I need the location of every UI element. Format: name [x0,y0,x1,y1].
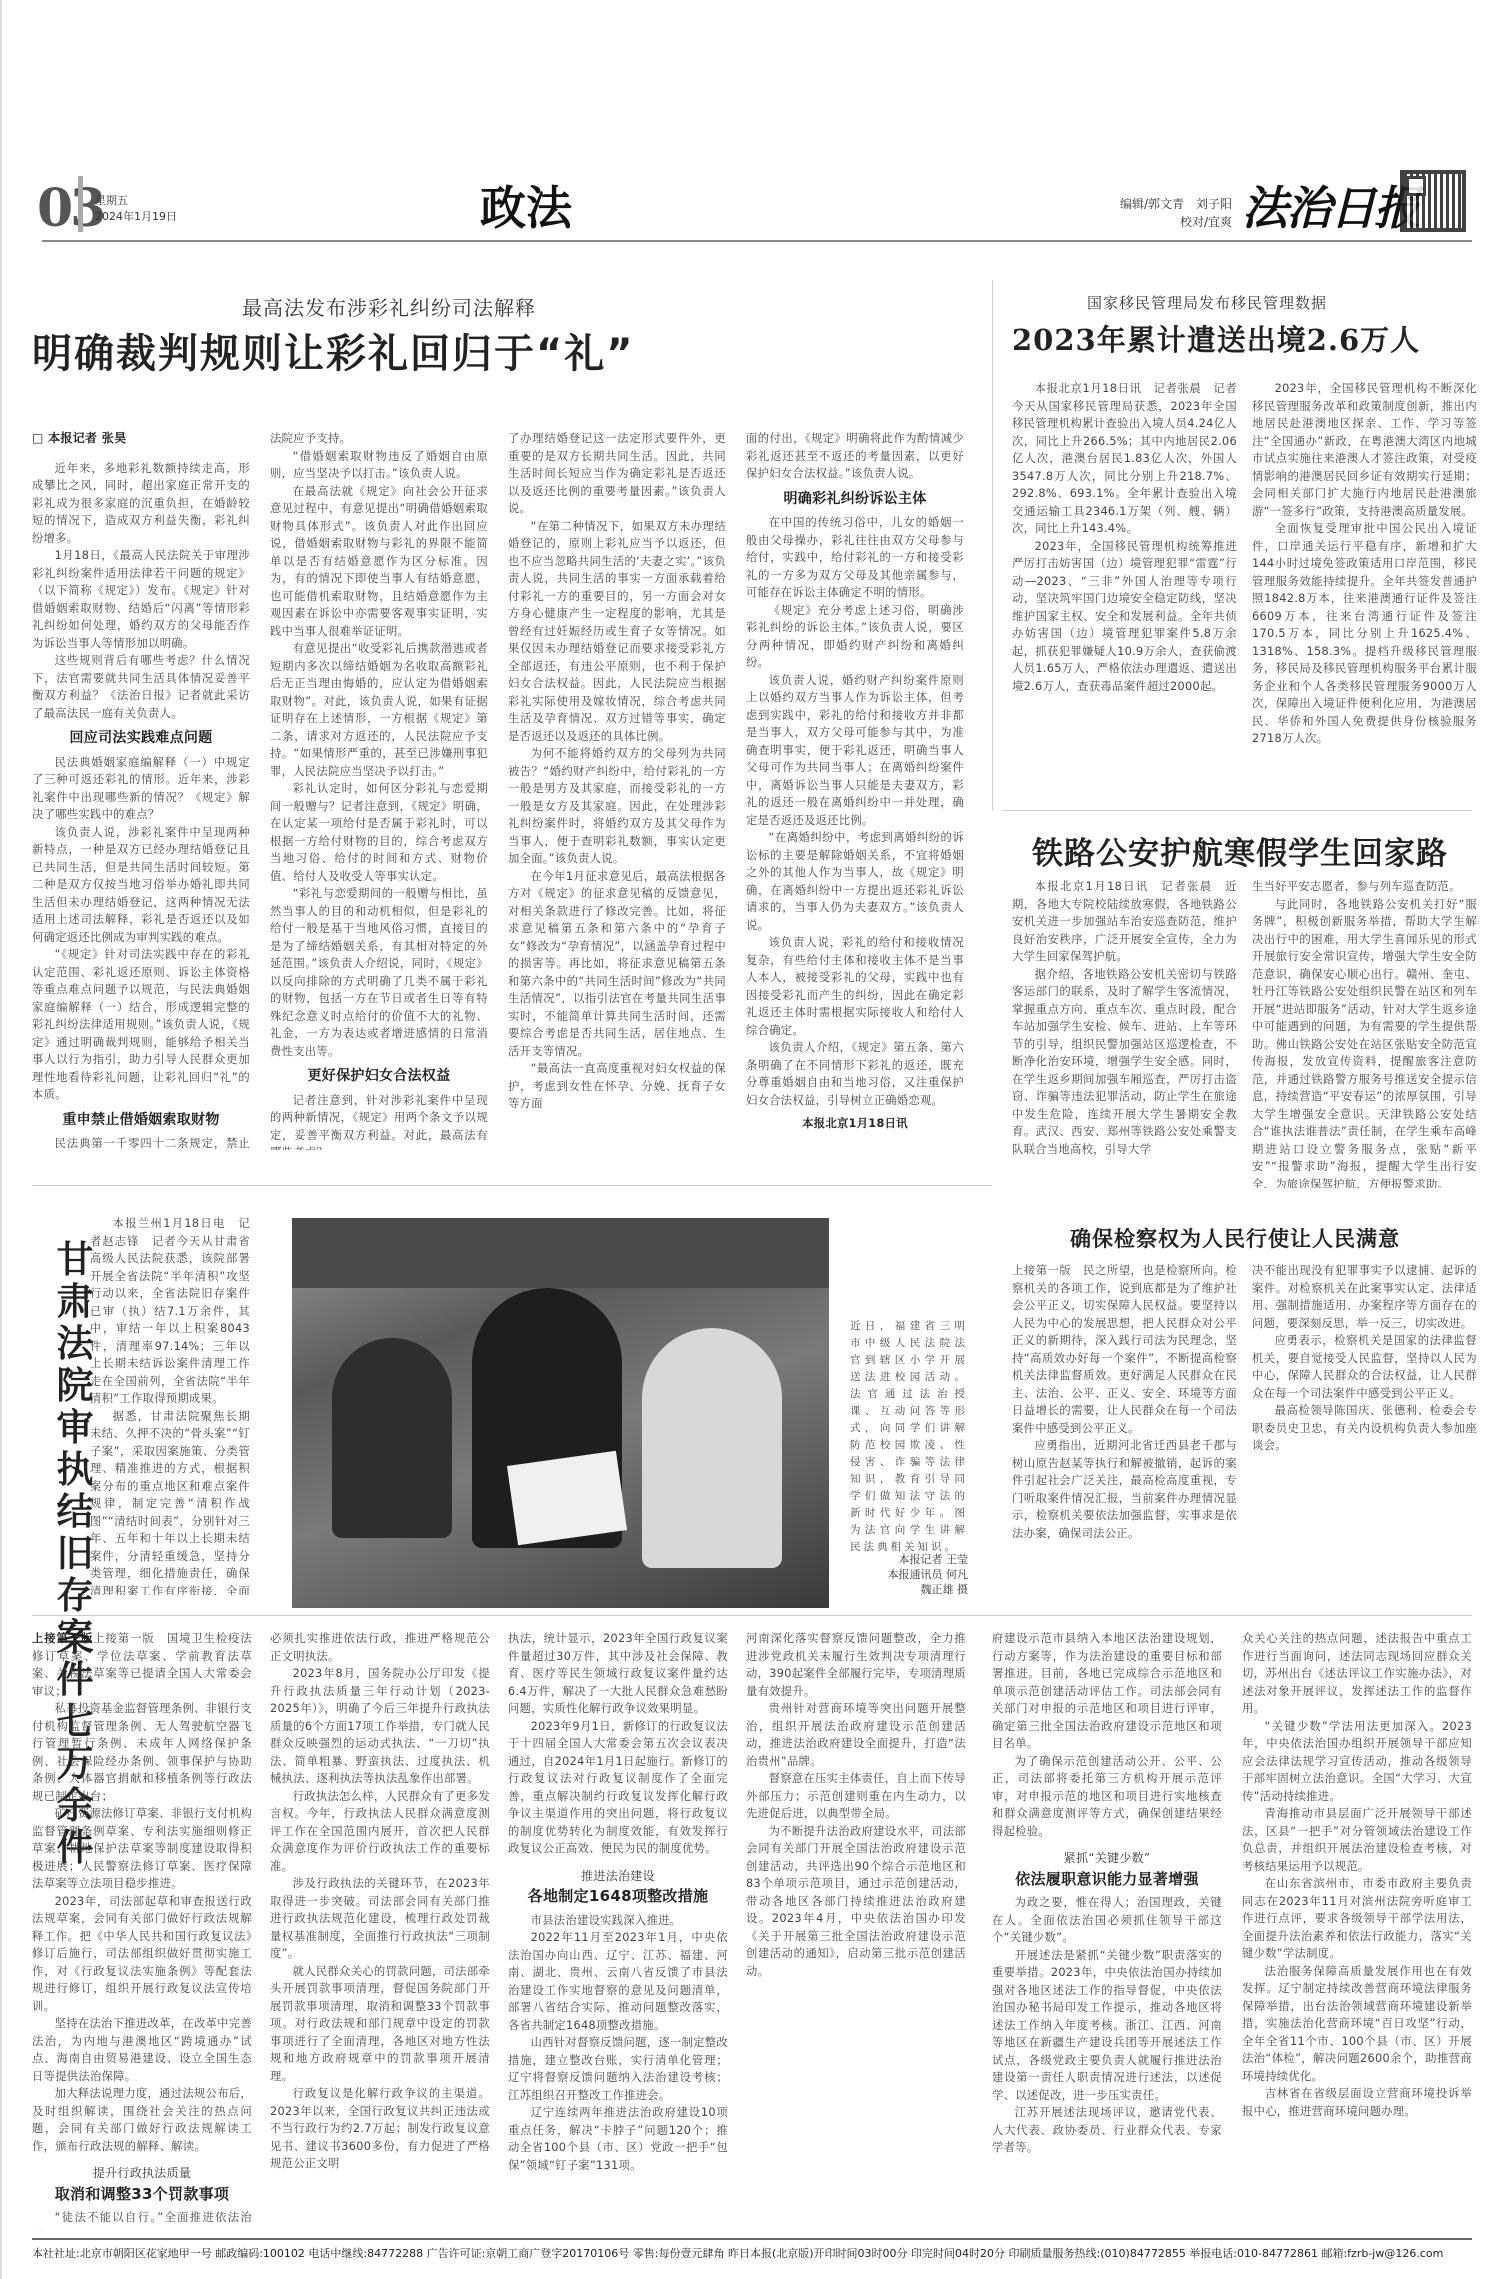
paragraph: 督察意在压实主体责任，自上而下传导外部压力；示范创建则重在内生动力，以先进促后进… [746,1770,966,1823]
paragraph: 市县法治建设实践深入推进。 [508,1912,728,1930]
paragraph: 河南深化落实督察反馈问题整改，全力推进涉党政机关未履行生效判决专项清理行动，39… [746,1630,966,1700]
article2-column-1: 本报北京1月18日讯 记者张晨 记者今天从国家移民管理局获悉，2023年全国移民… [1012,380,1237,800]
paragraph: 生当好平安志愿者，参与列车巡查防范。 [1252,878,1477,896]
paragraph: 上接第一版上接第一版 国境卫生检疫法修订草案、学位法草案、学前教育法草案、关税法… [32,1630,252,1700]
article6-column-4: 河南深化落实督察反馈问题整改，全力推进涉党政机关未履行生效判决专项清理行动，39… [746,1630,966,2230]
article6-column-1: 上接第一版上接第一版 国境卫生检疫法修订草案、学位法草案、学前教育法草案、关税法… [32,1630,252,2230]
paragraph: 山西针对督察反馈问题，逐一制定整改措施，建立整改台账，实行清单化管理；辽宁将督察… [508,2034,728,2104]
article6-mini2-headline: 各地制定1648项整改措施 [508,1888,728,1906]
paragraph: 该负责人说，彩礼的给付和接收情况复杂，有些给付主体和接收主体不是当事人本人，被接… [746,934,964,1039]
paragraph: 2023年，司法部起草和审查报送行政法规草案，会同有关部门做好行政法规解释工作。… [32,1893,252,2016]
article7-mini-headline: 依法履职意识能力显著增强 [992,1871,1222,1889]
paragraph: 必须扎实推进依法行政，推进严格规范公正文明执法。 [270,1630,490,1665]
paragraph: 该负责人说，婚约财产纠纷案件原则上以婚约双方当事人作为诉讼主体，但考虑到实践中，… [746,672,964,830]
article7-mini-kicker: 紧抓“关键少数” [992,1850,1222,1868]
paragraph: “在第二种情况下，如果双方未办理结婚登记的，原则上彩礼应当予以返还，但也不应当忽… [508,518,726,746]
section-rule [1002,810,1472,811]
paragraph: 江苏开展述法现场评议，邀请党代表、人大代表、政协委员、行业群众代表、专家学者等。 [992,2104,1222,2157]
article1-dateline: 本报北京1月18日讯 [746,1115,964,1133]
editor-line: 编辑/郭文青 刘子阳 [1102,195,1232,213]
paragraph: 该负责人介绍，《规定》第五条、第六条明确了在不同情形下彩礼的返还，既充分尊重婚姻… [746,1039,964,1109]
article6-column-2: 必须扎实推进依法行政，推进严格规范公正文明执法。 2023年8月，国务院办公厅印… [270,1630,490,2230]
paragraph: “在离婚纠纷中，考虑到离婚纠纷的诉讼标的主要是解除婚姻关系，不宜将婚姻之外的其他… [746,829,964,934]
paragraph: 民法典第一千零四十二条规定，禁止借婚姻索取财物。《规定》重申禁止借婚姻索取财物。… [32,1135,250,1150]
section-rule [32,1185,992,1186]
column-rule [992,280,993,810]
paragraph: “徒法不能以自行。”全面推进依法治国， [32,2209,252,2230]
article1-subhead-1: 回应司法实践难点问题 [32,730,250,748]
paragraph: 本报北京1月18日讯 记者张晨 记者今天从国家移民管理局获悉，2023年全国移民… [1012,380,1237,538]
article2-headline: 2023年累计遣送出境2.6万人 [1012,318,1420,359]
news-photo [292,1218,829,1608]
photo-figure [642,1328,782,1568]
paragraph: 有意见提出“收受彩礼后携款潜逃或者短期内多次以缔结婚姻为名收取高额彩礼后无正当理… [270,640,488,780]
article2-column-2: 2023年，全国移民管理机构不断深化移民管理服务改革和政策制度创新，推出内地居民… [1252,380,1477,800]
paragraph: 在山东省滨州市，市委市政府主要负责同志在2023年11月对滨州法院旁听庭审工作进… [1242,1875,1472,1963]
article5-column-1: 上接第一版 民之所望，也是检察所向。检察机关的各项工作，说到底都是为了维护社会公… [1012,1262,1237,1602]
paragraph: 2022年11月至2023年1月，中央依法治国办向山西、辽宁、江苏、福建、河南、… [508,1929,728,2034]
photo-backdrop [292,1218,829,1288]
paragraph: 应勇表示，检察机关是国家的法律监督机关，要自觉接受人民监督，坚持以人民为中心，保… [1252,1332,1477,1402]
paragraph: 据介绍，各地铁路公安机关密切与铁路客运部门的联系，及时了解学生客流情况，掌握重点… [1012,966,1237,1159]
paragraph: 本报兰州1月18日电 记者赵志锋 记者今天从甘肃省高级人民法院获悉，该院部署开展… [90,1215,250,1408]
paragraph: 2023年8月，国务院办公厅印发《提升行政执法质量三年行动计划（2023-202… [270,1665,490,1788]
article3-headline: 铁路公安护航寒假学生回家路 [1032,828,1448,873]
paragraph: 全面恢复受理审批中国公民出入境证件，口岸通关运行平稳有序，新增和扩大144小时过… [1252,520,1477,748]
continued-label: 上接第一版 [32,1632,93,1645]
article1-column-4: 面的付出，《规定》明确将此作为酌情减少彩礼返还甚至不返还的考量因素，以更好保护妇… [746,430,964,1150]
footer-rule [32,2238,1472,2240]
article3-column-1: 本报北京1月18日讯 记者张晨 近期，各地大专院校陆续放寒假，各地铁路公安机关进… [1012,878,1237,1188]
paragraph: 2023年9月1日，新修订的行政复议法于十四届全国人大常委会第五次会议表决通过，… [508,1718,728,1858]
paragraph: “关键少数”学法用法更加深入。2023年，中央依法治国办组织开展领导干部应知应会… [1242,1718,1472,1806]
header-rule [42,240,1472,242]
paragraph: 在今年1月征求意见后，最高法根据各方对《规定》的征求意见稿的反馈意见，对相关条款… [508,868,726,1061]
paragraph: 府建设示范市县纳入本地区法治建设规划，行动方案等，作为法治建设的重要目标和部署推… [992,1630,1222,1753]
header-date: 2024年1月19日 [95,208,177,224]
paragraph: 青海推动市县层面广泛开展领导干部述法，区县“一把手”对分管领域法治建设工作负总责… [1242,1805,1472,1875]
paragraph: 行政执法怎么样，人民群众有了更多发言权。今年，行政执法人民群众满意度测评工作在全… [270,1788,490,1876]
paragraph: “最高法一直高度重视对妇女权益的保护，考虑到女性在怀孕、分娩、抚育子女等方面 [508,1060,726,1113]
header-divider [78,176,83,232]
article1-column-2: 法院应予支持。 “借婚姻索取财物违反了婚姻自由原则，应当坚决予以打击。”该负责人… [270,430,488,1150]
paragraph: 辽宁连续两年推进法治政府建设10项重点任务，解决“卡脖子”问题120个；推动全省… [508,2104,728,2174]
paragraph: 了办理结婚登记这一法定形式要件外，更重要的是双方长期共同生活。因此，共同生活时间… [508,430,726,518]
paragraph: 加大释法说理力度，通过法规公布后，及时组织解读，围绕社会关注的热点问题，会同有关… [32,2085,252,2155]
paragraph: 为了确保示范创建活动公开、公平、公正，司法部将委托第三方机构开展示范评审，对申报… [992,1753,1222,1841]
paragraph: 涉及行政执法的关键环节，在2023年取得进一步突破。司法部会同有关部门推进行政执… [270,1875,490,1963]
paragraph: 记者注意到，针对涉彩礼案件中呈现的两种新情况，《规定》用两个条文予以规定，妥善平… [270,1092,488,1151]
paragraph: 该负责人说，涉彩礼案件中呈现两种新特点，一种是双方已经办理结婚登记且已共同生活，… [32,824,250,947]
article3-column-2: 生当好平安志愿者，参与列车巡查防范。 与此同时，各地铁路公安机关打好“服务牌”，… [1252,878,1477,1188]
paragraph: 民法典婚姻家庭编解释（一）中规定了三种可返还彩礼的情形。近年来，涉彩礼案件中出现… [32,754,250,824]
credit-line: 魏正雄 摄 [850,1582,968,1597]
paragraph: 法治服务保障高质量发展作用也在有效发挥。辽宁制定持续改善营商环境法律服务保障举措… [1242,1963,1472,2086]
paragraph: “借婚姻索取财物违反了婚姻自由原则，应当坚决予以打击。”该负责人说。 [270,448,488,483]
article1-subhead-3: 更好保护妇女合法权益 [270,1068,488,1086]
photo-book [507,1451,627,1546]
paragraph: 1月18日，《最高人民法院关于审理涉彩礼纠纷案件适用法律若干问题的规定》（以下简… [32,547,250,652]
credit-line: 本报记者 王莹 [850,1552,968,1567]
proofreader-line: 校对/宜爽 [1102,213,1232,231]
article7-column-2: 众关心关注的热点问题，述法报告中重点工作进行当面询问，述法同志现场回应群众关切，… [1242,1630,1472,2230]
photo-figure [332,1338,452,1538]
paragraph: 众关心关注的热点问题，述法报告中重点工作进行当面询问，述法同志现场回应群众关切，… [1242,1630,1472,1718]
paragraph: 《规定》充分考虑上述习俗，明确涉彩礼纠纷的诉讼主体。”该负责人说，要区分两种情况… [746,602,964,672]
paragraph: 2023年，全国移民管理机构统筹推进严厉打击妨害国（边）境管理犯罪“雷霆”行动—… [1012,538,1237,696]
paragraph: 就人民群众关心的罚款问题，司法部牵头开展罚款事项清理，督促国务院部门开展罚款事项… [270,1963,490,2086]
paragraph: 最高检领导陈国庆、张德利、检委会专职委员史卫忠，有关内设机构负责人参加座谈会。 [1252,1402,1477,1455]
paragraph: 应勇指出，近期河北省迁西县老千郡与树山原告赵某等执行和解被撤销，起诉的案件引起社… [1012,1437,1237,1542]
paragraph: 面的付出，《规定》明确将此作为酌情减少彩礼返还甚至不返还的考量因素，以更好保护妇… [746,430,964,483]
article6-mini2-kicker: 推进法治建设 [508,1868,728,1886]
article5-headline: 确保检察权为人民行使让人民满意 [1070,1223,1400,1253]
paragraph: 行政复议是化解行政争议的主渠道。2023年以来，全国行政复议共纠正违法或不当行政… [270,2085,490,2173]
newspaper-page: 03 星期五 2024年1月19日 政法 编辑/郭文青 刘子阳 校对/宜爽 法治… [0,0,1500,2279]
paragraph: 矿产资源法修订草案、非银行支付机构监督管理条例草案、专利法实施细则修正草案、耕地… [32,1805,252,1893]
paragraph: 这些规则背后有哪些考虑？什么情况下，法官需要就共同生活具体情况妥善平衡双方利益？… [32,652,250,722]
paragraph: 法院应予支持。 [270,430,488,448]
paragraph: 执法，统计显示，2023年全国行政复议案件量超过30万件，其中涉及社会保障、教育… [508,1630,728,1718]
paragraph: 上接第一版 民之所望，也是检察所向。检察机关的各项工作，说到底都是为了维护社会公… [1012,1262,1237,1437]
article6-column-3: 执法，统计显示，2023年全国行政复议案件量超过30万件，其中涉及社会保障、教育… [508,1630,728,2230]
paragraph: “彩礼与恋爱期间的一般赠与相比，虽然当事人的目的和动机相似，但是彩礼的给付一般是… [270,885,488,1060]
paragraph: 据悉，甘肃法院聚焦长期未结、久押不决的“骨头案”“钉子案”，采取因案施策、分类管… [90,1408,250,1596]
paragraph: 本报北京1月18日讯 记者张晨 近期，各地大专院校陆续放寒假，各地铁路公安机关进… [1012,878,1237,966]
paragraph: 坚持在法治下推进改革，在改革中完善法治，为内地与港澳地区“跨境通办”试点、海南自… [32,2015,252,2085]
paragraph: 开展述法是紧抓“关键少数”职责落实的重要举措。2023年，中央依法治国办持续加强… [992,1947,1222,2105]
paragraph: 为不断提升法治政府建设水平，司法部会同有关部门开展全国法治政府建设示范创建活动，… [746,1823,966,1981]
article1-column-1: □ 本报记者 张昊 近年来，多地彩礼数额持续走高，形成攀比之风，同时，超出家庭正… [32,430,250,1150]
editor-credits: 编辑/郭文青 刘子阳 校对/宜爽 [1102,195,1232,231]
article5-column-2: 决不能出现没有犯罪事实予以逮捕、起诉的案件。对检察机关在此案事实认定、法律适用、… [1252,1262,1477,1602]
paragraph: 在最高法就《规定》向社会公开征求意见过程中，有意见提出“明确借婚姻索取财物具体形… [270,483,488,641]
paragraph: 2023年，全国移民管理机构不断深化移民管理服务改革和政策制度创新，推出内地居民… [1252,380,1477,520]
article1-subhead-4: 明确彩礼纠纷诉讼主体 [746,491,964,509]
paragraph: 在中国的传统习俗中，儿女的婚姻一般由父母操办，彩礼往往由双方父母参与给付，实践中… [746,514,964,602]
article4-body: 本报兰州1月18日电 记者赵志锋 记者今天从甘肃省高级人民法院获悉，该院部署开展… [90,1215,250,1595]
article6-mini-kicker: 提升行政执法质量 [32,2165,252,2183]
photo-caption: 近日，福建省三明市中级人民法院法官到辖区小学开展送法进校园活动。法官通过法治授课… [850,1318,968,1556]
paragraph: 私募投资基金监督管理条例、非银行支付机构监督管理条例、无人驾驶航空器飞行管理暂行… [32,1700,252,1805]
paragraph: 贵州针对营商环境等突出问题开展整治，组织开展法治政府建设示范创建活动，推进法治政… [746,1700,966,1770]
paragraph: 彩礼认定时，如何区分彩礼与恋爱期间一般赠与？记者注意到，《规定》明确，在认定某一… [270,780,488,885]
article1-kicker: 最高法发布涉彩礼纠纷司法解释 [242,292,536,321]
paragraph: 吉林省在省级层面设立营商环境投诉举报中心，推进营商环境问题办理。 [1242,2085,1472,2120]
paragraph: 为何不能将婚约双方的父母列为共同被告？“婚约财产纠纷中，给付彩礼的一方一般是男方… [508,745,726,868]
section-rule [32,1615,1472,1616]
article7-column-1: 府建设示范市县纳入本地区法治建设规划，行动方案等，作为法治建设的重要目标和部署推… [992,1630,1222,2230]
article1-headline: 明确裁判规则让彩礼回归于“礼” [32,322,635,379]
credit-line: 本报通讯员 何凡 [850,1567,968,1582]
photo-credit: 本报记者 王莹 本报通讯员 何凡 魏正雄 摄 [850,1552,968,1597]
section-title: 政法 [480,172,572,238]
paragraph: “《规定》针对司法实践中存在的彩礼认定范围、彩礼返还原则、诉讼主体资格等重点难点… [32,946,250,1104]
paragraph: 近年来，多地彩礼数额持续走高，形成攀比之风，同时，超出家庭正常开支的彩礼成为很多… [32,460,250,548]
header-weekday: 星期五 [95,192,128,208]
article1-subhead-2: 重申禁止借婚姻索取财物 [32,1112,250,1130]
article1-column-3: 了办理结婚登记这一法定形式要件外，更重要的是双方长期共同生活。因此，共同生活时间… [508,430,726,1150]
footer-info: 本社社址:北京市朝阳区花家地甲一号 邮政编码:100102 电话中继线:8477… [32,2245,1472,2261]
article6-mini-headline: 取消和调整33个罚款事项 [32,2186,252,2204]
page-number: 03 [37,178,103,239]
qr-code-icon [1400,170,1466,232]
article1-byline: □ 本报记者 张昊 [32,430,250,448]
paragraph: 决不能出现没有犯罪事实予以逮捕、起诉的案件。对检察机关在此案事实认定、法律适用、… [1252,1262,1477,1332]
paragraph: 为政之要，惟在得人；治国理政，关键在人。全面依法治国必须抓住领导干部这个“关键少… [992,1894,1222,1947]
masthead-logo: 法治日报 [1242,172,1418,238]
paragraph: 与此同时，各地铁路公安机关打好“服务牌”，积极创新服务举措，帮助大学生解决出行中… [1252,896,1477,1189]
article2-kicker: 国家移民管理局发布移民管理数据 [1087,292,1327,313]
